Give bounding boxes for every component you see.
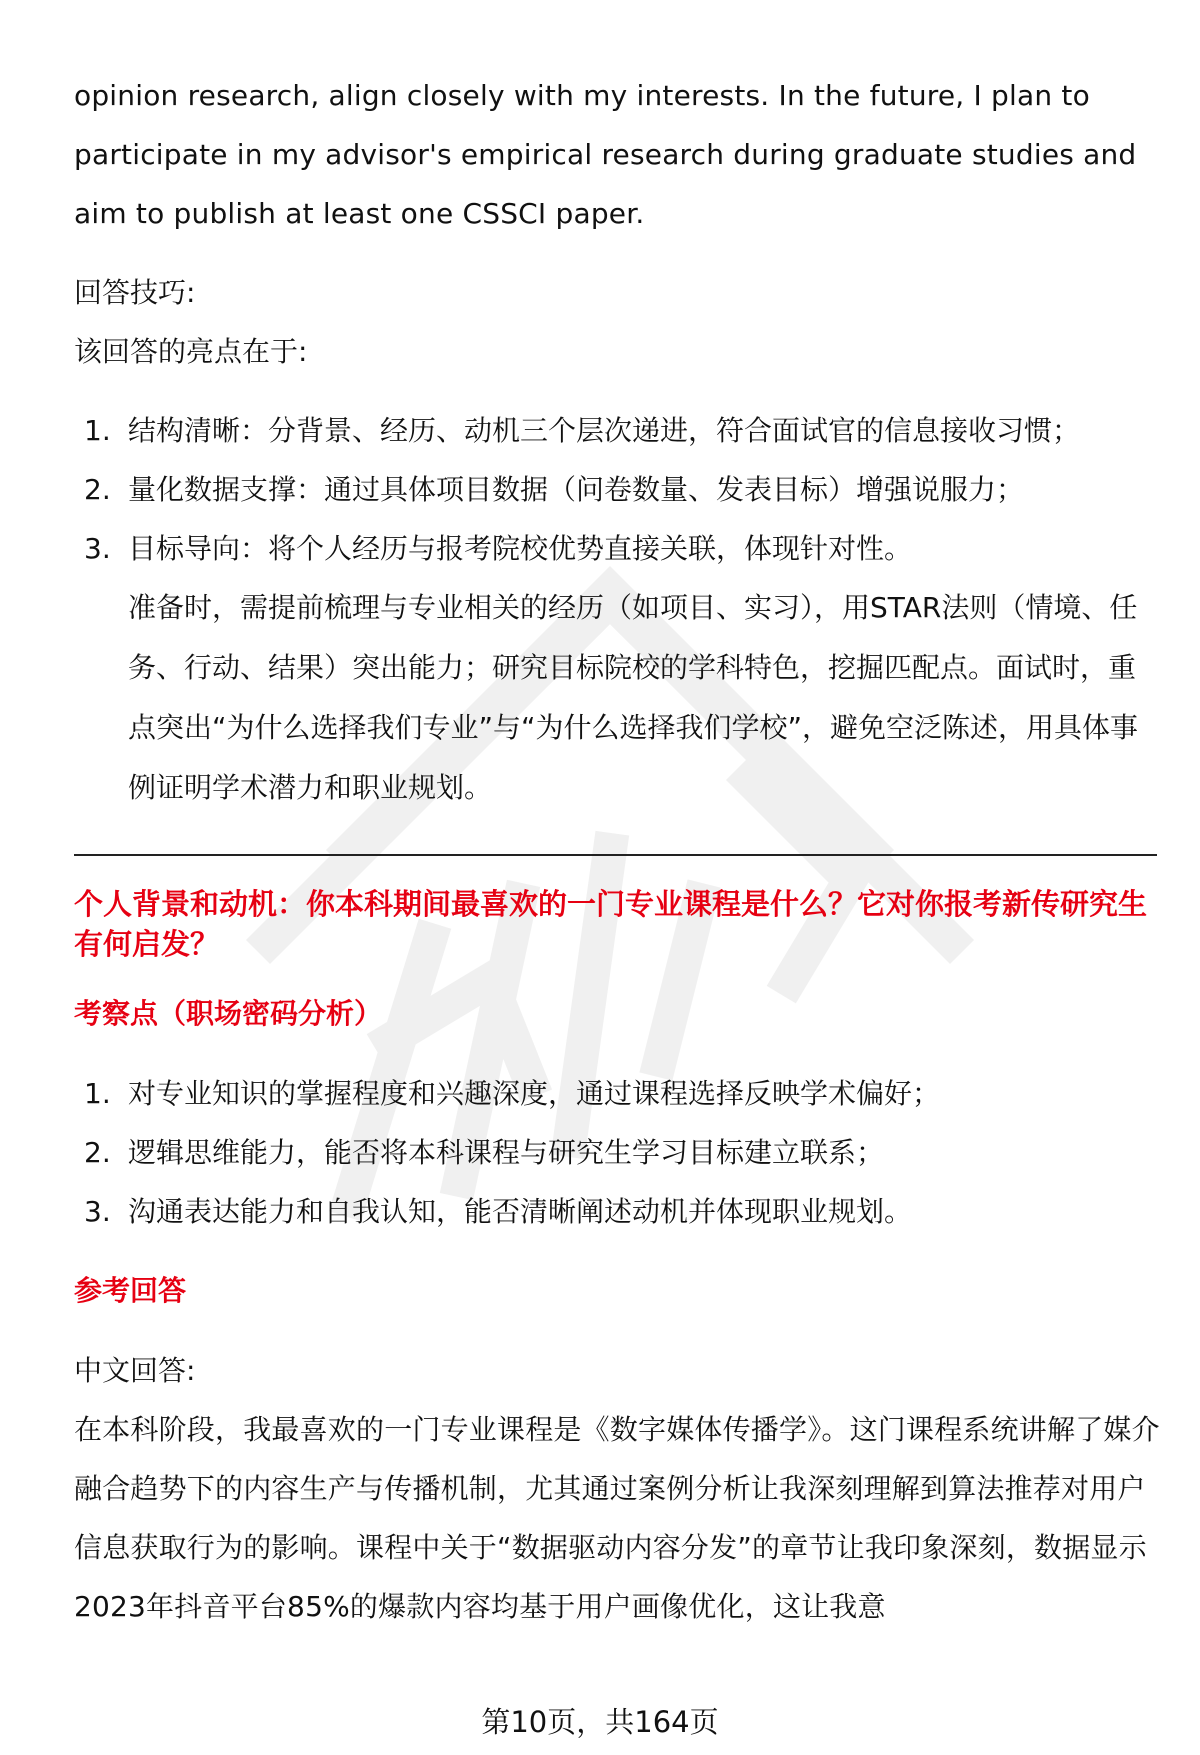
- highlights-label: 该回答的亮点在于:: [74, 322, 1160, 381]
- tips-label: 回答技巧:: [74, 263, 1160, 322]
- list-item: 3. 目标导向：将个人经历与报考院校优势直接关联，体现针对性。: [74, 519, 1160, 578]
- prep-advice: 准备时，需提前梳理与专业相关的经历（如项目、实习），用STAR法则（情境、任务、…: [74, 578, 1160, 818]
- question-title: 个人背景和动机：你本科期间最喜欢的一门专业课程是什么？它对你报考新传研究生有何启…: [74, 884, 1160, 964]
- list-item-text: 沟通表达能力和自我认知，能否清晰阐述动机并体现职业规划。: [128, 1195, 912, 1228]
- list-number: 3.: [84, 1182, 111, 1241]
- list-item-text: 结构清晰：分背景、经历、动机三个层次递进，符合面试官的信息接收习惯；: [128, 414, 1080, 447]
- highlights-list: 1. 结构清晰：分背景、经历、动机三个层次递进，符合面试官的信息接收习惯； 2.…: [74, 401, 1160, 578]
- page-indicator: 第10页，共164页: [0, 1702, 1200, 1742]
- list-number: 2.: [84, 460, 111, 519]
- chinese-answer-label: 中文回答:: [74, 1341, 1160, 1400]
- list-item: 1. 结构清晰：分背景、经历、动机三个层次递进，符合面试官的信息接收习惯；: [74, 401, 1160, 460]
- list-item: 2. 量化数据支撑：通过具体项目数据（问卷数量、发表目标）增强说服力；: [74, 460, 1160, 519]
- list-number: 2.: [84, 1123, 111, 1182]
- list-item-text: 目标导向：将个人经历与报考院校优势直接关联，体现针对性。: [128, 532, 912, 565]
- list-item: 2. 逻辑思维能力，能否将本科课程与研究生学习目标建立联系；: [74, 1123, 1160, 1182]
- section-divider: [74, 854, 1157, 856]
- chinese-answer-text: 在本科阶段，我最喜欢的一门专业课程是《数字媒体传播学》。这门课程系统讲解了媒介融…: [74, 1400, 1160, 1636]
- assessment-title: 考察点（职场密码分析）: [74, 994, 1160, 1034]
- list-item-text: 逻辑思维能力，能否将本科课程与研究生学习目标建立联系；: [128, 1136, 884, 1169]
- continued-paragraph: opinion research, align closely with my …: [74, 66, 1160, 243]
- list-number: 1.: [84, 1064, 111, 1123]
- reference-answer-title: 参考回答: [74, 1271, 1160, 1311]
- list-item-text: 量化数据支撑：通过具体项目数据（问卷数量、发表目标）增强说服力；: [128, 473, 1024, 506]
- document-page: opinion research, align closely with my …: [74, 66, 1160, 1636]
- list-number: 3.: [84, 519, 111, 578]
- list-number: 1.: [84, 401, 111, 460]
- list-item-text: 对专业知识的掌握程度和兴趣深度，通过课程选择反映学术偏好；: [128, 1077, 940, 1110]
- assessment-list: 1. 对专业知识的掌握程度和兴趣深度，通过课程选择反映学术偏好； 2. 逻辑思维…: [74, 1064, 1160, 1241]
- list-item: 3. 沟通表达能力和自我认知，能否清晰阐述动机并体现职业规划。: [74, 1182, 1160, 1241]
- list-item: 1. 对专业知识的掌握程度和兴趣深度，通过课程选择反映学术偏好；: [74, 1064, 1160, 1123]
